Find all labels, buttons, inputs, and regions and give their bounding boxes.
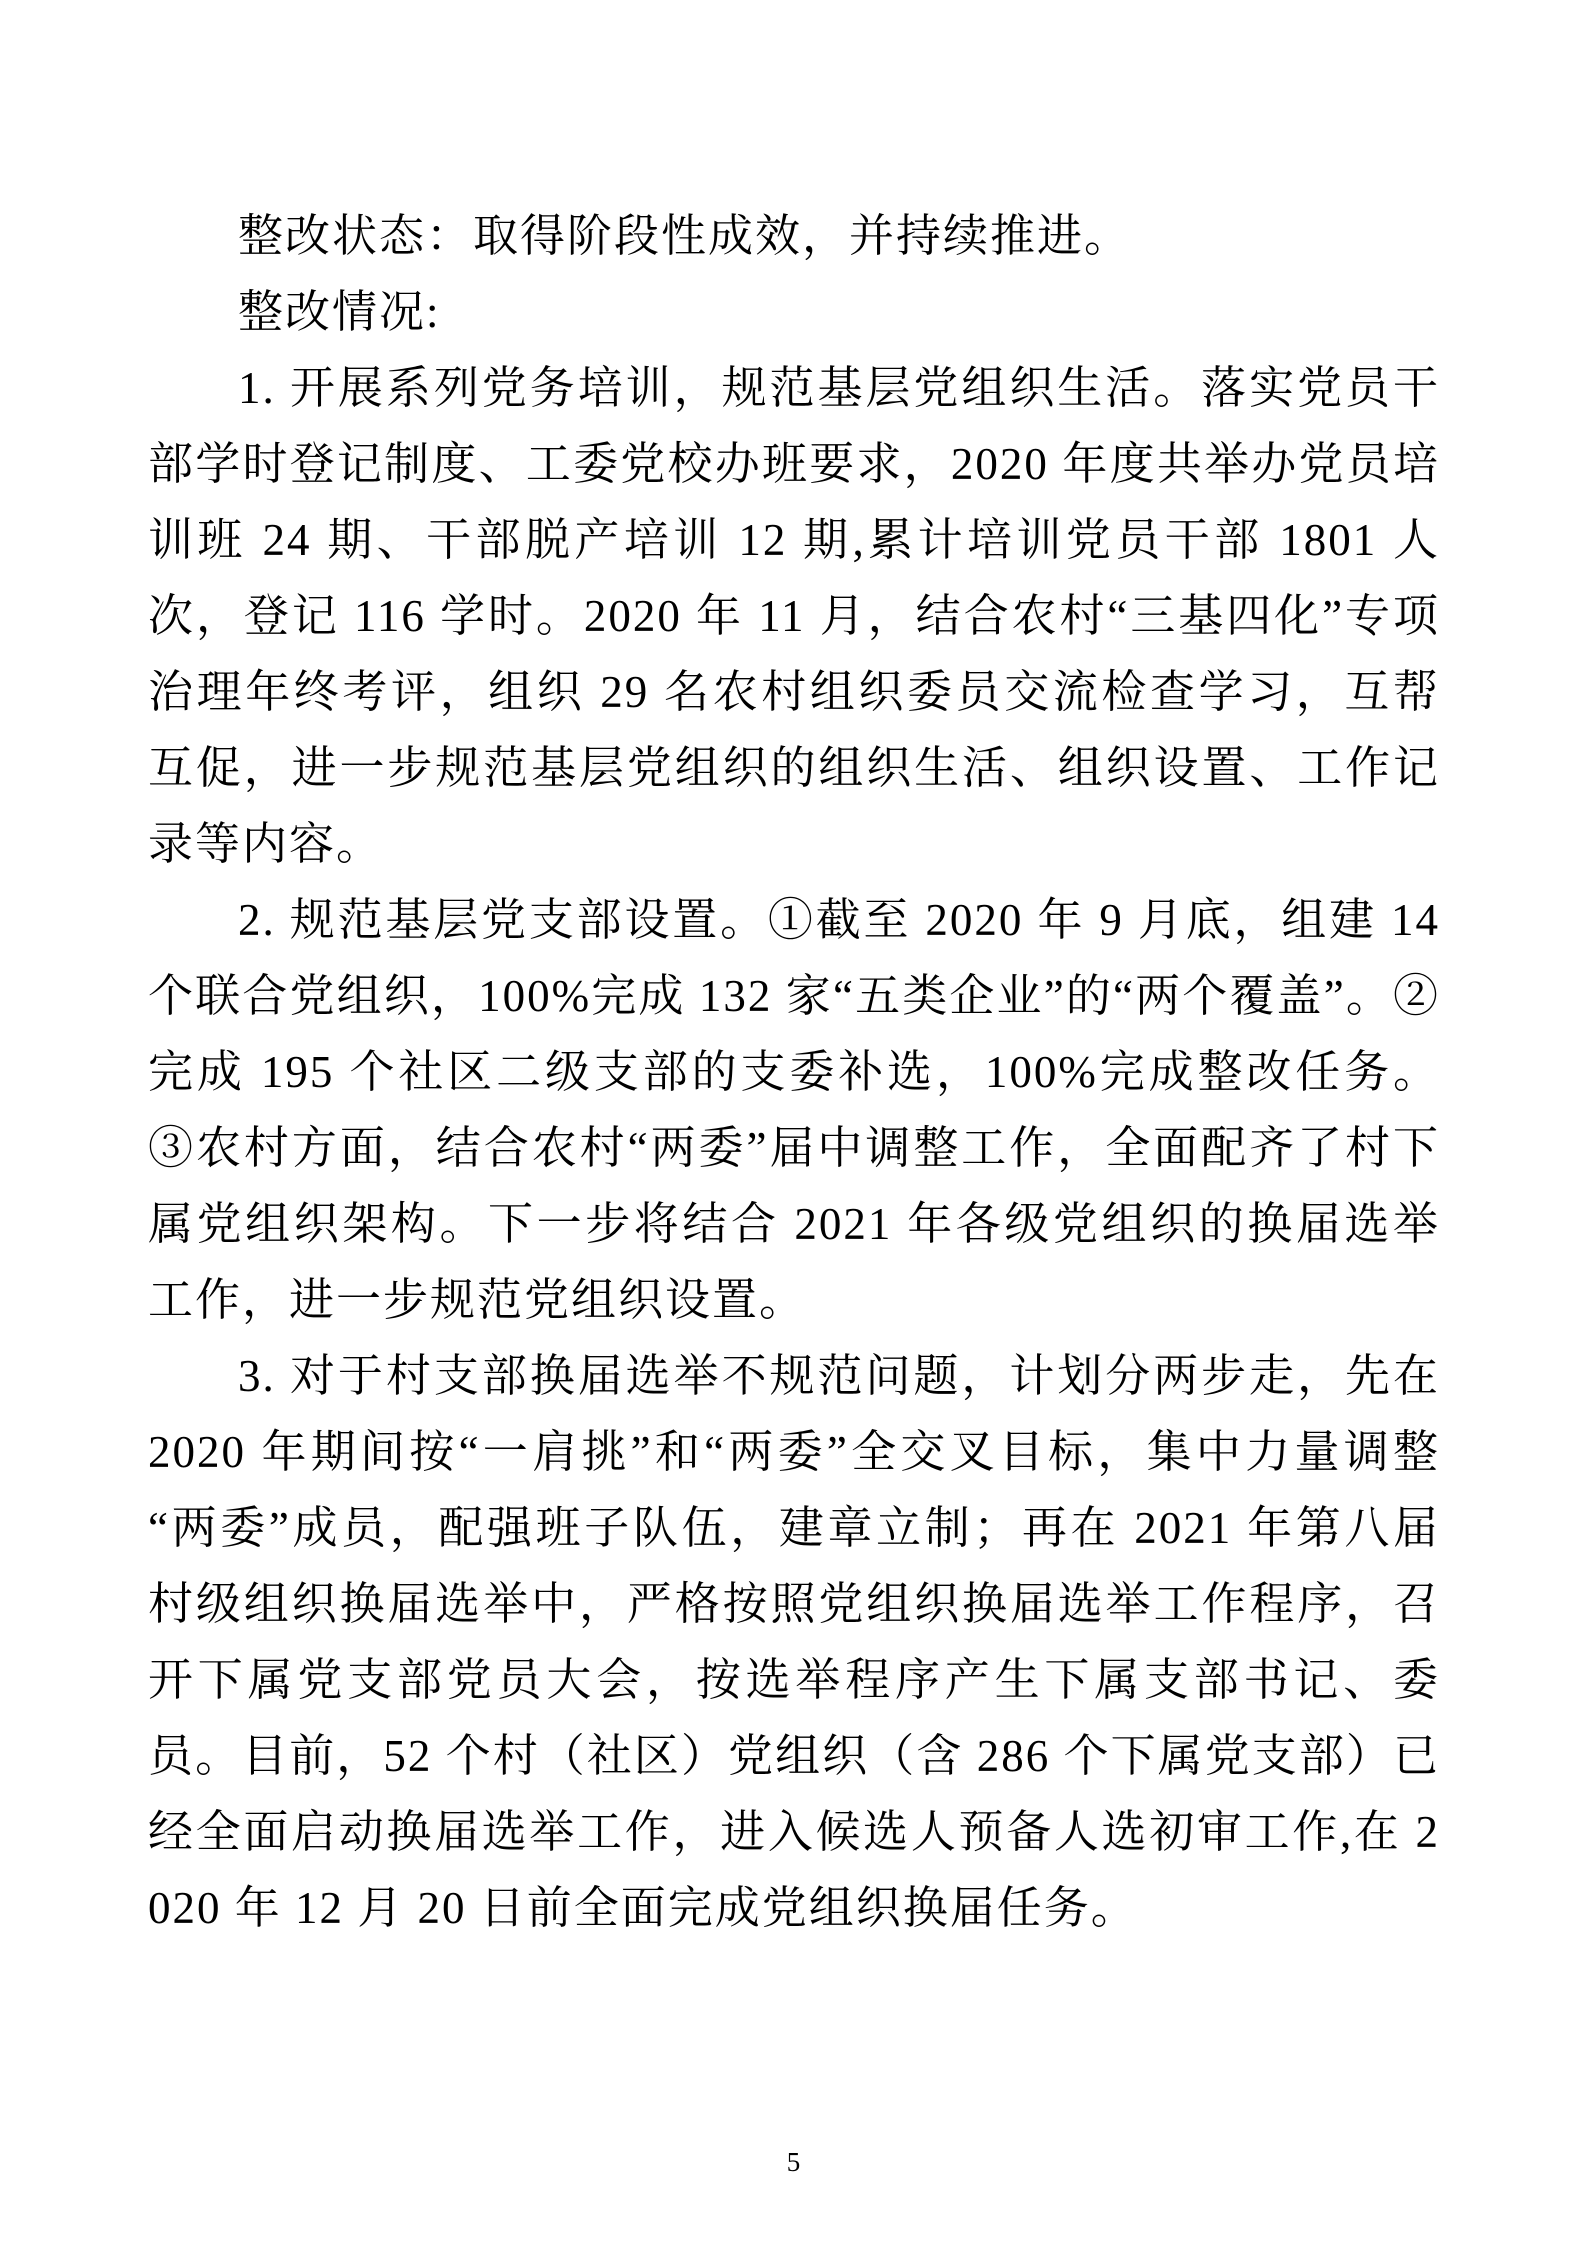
paragraph-status: 整改状态：取得阶段性成效，并持续推进。: [148, 198, 1440, 274]
paragraph-situation-heading: 整改情况:: [148, 274, 1440, 350]
document-page: 整改状态：取得阶段性成效，并持续推进。 整改情况: 1. 开展系列党务培训，规范…: [0, 0, 1587, 2245]
page-number: 5: [0, 2147, 1587, 2177]
paragraph-item-1: 1. 开展系列党务培训，规范基层党组织生活。落实党员干部学时登记制度、工委党校办…: [148, 350, 1440, 882]
document-body: 整改状态：取得阶段性成效，并持续推进。 整改情况: 1. 开展系列党务培训，规范…: [148, 198, 1440, 1946]
paragraph-item-3: 3. 对于村支部换届选举不规范问题，计划分两步走，先在 2020 年期间按“一肩…: [148, 1338, 1440, 1946]
paragraph-item-2: 2. 规范基层党支部设置。①截至 2020 年 9 月底，组建 14 个联合党组…: [148, 882, 1440, 1338]
